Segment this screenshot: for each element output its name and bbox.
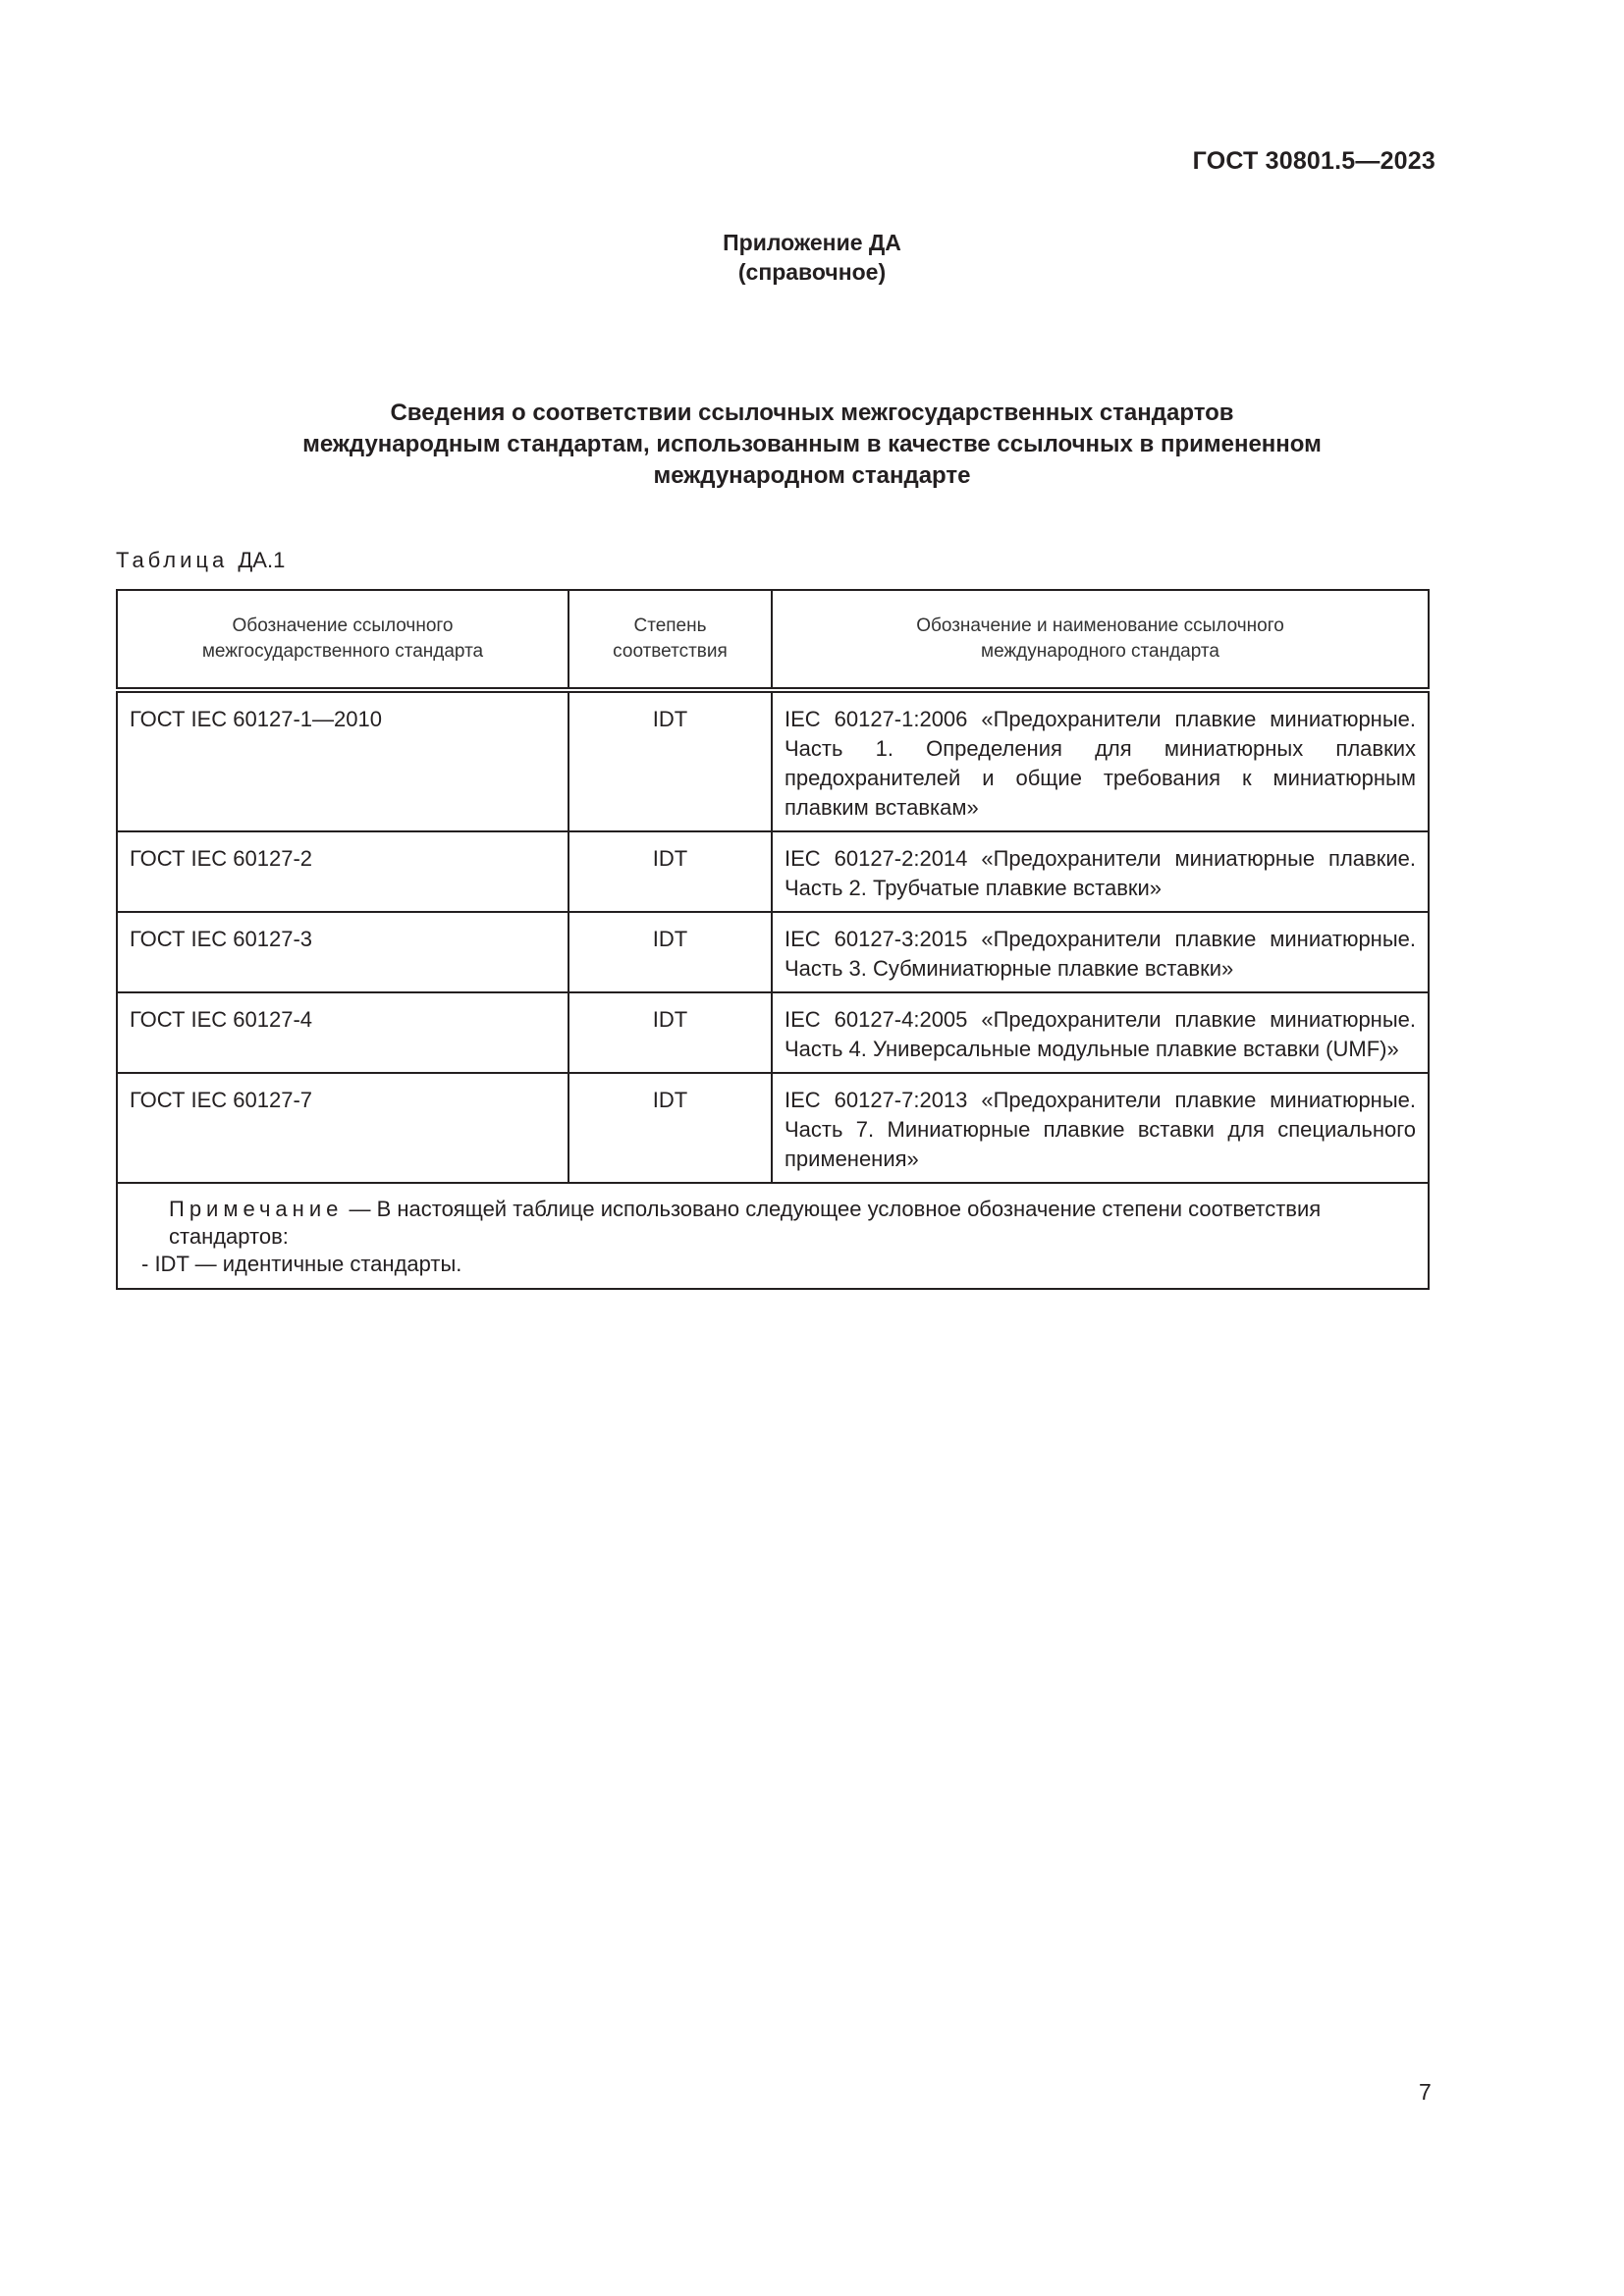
cell-degree: IDT [568,912,772,992]
table-row: ГОСТ IEC 60127-3 IDT IEC 60127-3:2015 «П… [117,912,1429,992]
annex-heading: Приложение ДА (справочное) [0,228,1624,287]
annex-subtitle: (справочное) [0,257,1624,287]
cell-interstate: ГОСТ IEC 60127-1—2010 [117,690,568,831]
column-header-international: Обозначение и наименование ссылочного ме… [772,590,1429,690]
table-row: ГОСТ IEC 60127-7 IDT IEC 60127-7:2013 «П… [117,1073,1429,1183]
section-title-line-3: международном стандарте [0,460,1624,492]
section-title: Сведения о соответствии ссылочных межгос… [0,398,1624,492]
cell-degree: IDT [568,690,772,831]
section-title-line-2: международным стандартам, использованным… [0,429,1624,460]
note-item: - IDT — идентичные стандарты. [130,1251,1416,1278]
table-caption: Таблица ДА.1 [116,548,285,573]
cell-interstate: ГОСТ IEC 60127-3 [117,912,568,992]
table-row: ГОСТ IEC 60127-1—2010 IDT IEC 60127-1:20… [117,690,1429,831]
column-header-interstate: Обозначение ссылочного межгосударственно… [117,590,568,690]
cell-international: IEC 60127-3:2015 «Предохранители плавкие… [772,912,1429,992]
page-number: 7 [1419,2079,1432,2106]
note-label: Примечание [169,1197,343,1221]
table-row: ГОСТ IEC 60127-4 IDT IEC 60127-4:2005 «П… [117,992,1429,1073]
table-caption-label: Таблица [116,548,228,572]
cell-interstate: ГОСТ IEC 60127-7 [117,1073,568,1183]
cell-international: IEC 60127-1:2006 «Предохранители плавкие… [772,690,1429,831]
section-title-line-1: Сведения о соответствии ссылочных межгос… [0,398,1624,429]
cell-international: IEC 60127-4:2005 «Предохранители плавкие… [772,992,1429,1073]
annex-title: Приложение ДА [0,228,1624,257]
cell-interstate: ГОСТ IEC 60127-4 [117,992,568,1073]
table-caption-number: ДА.1 [238,548,285,572]
cell-international: IEC 60127-7:2013 «Предохранители плавкие… [772,1073,1429,1183]
document-code: ГОСТ 30801.5—2023 [1193,147,1435,176]
table-row: ГОСТ IEC 60127-2 IDT IEC 60127-2:2014 «П… [117,831,1429,912]
reference-standards-table: Обозначение ссылочного межгосударственно… [116,589,1430,1290]
cell-degree: IDT [568,831,772,912]
cell-degree: IDT [568,992,772,1073]
table-note-row: Примечание — В настоящей таблице использ… [117,1183,1429,1289]
cell-interstate: ГОСТ IEC 60127-2 [117,831,568,912]
table-header-row: Обозначение ссылочного межгосударственно… [117,590,1429,690]
column-header-degree: Степень соответствия [568,590,772,690]
table-note: Примечание — В настоящей таблице использ… [117,1183,1429,1289]
cell-degree: IDT [568,1073,772,1183]
cell-international: IEC 60127-2:2014 «Предохранители миниатю… [772,831,1429,912]
